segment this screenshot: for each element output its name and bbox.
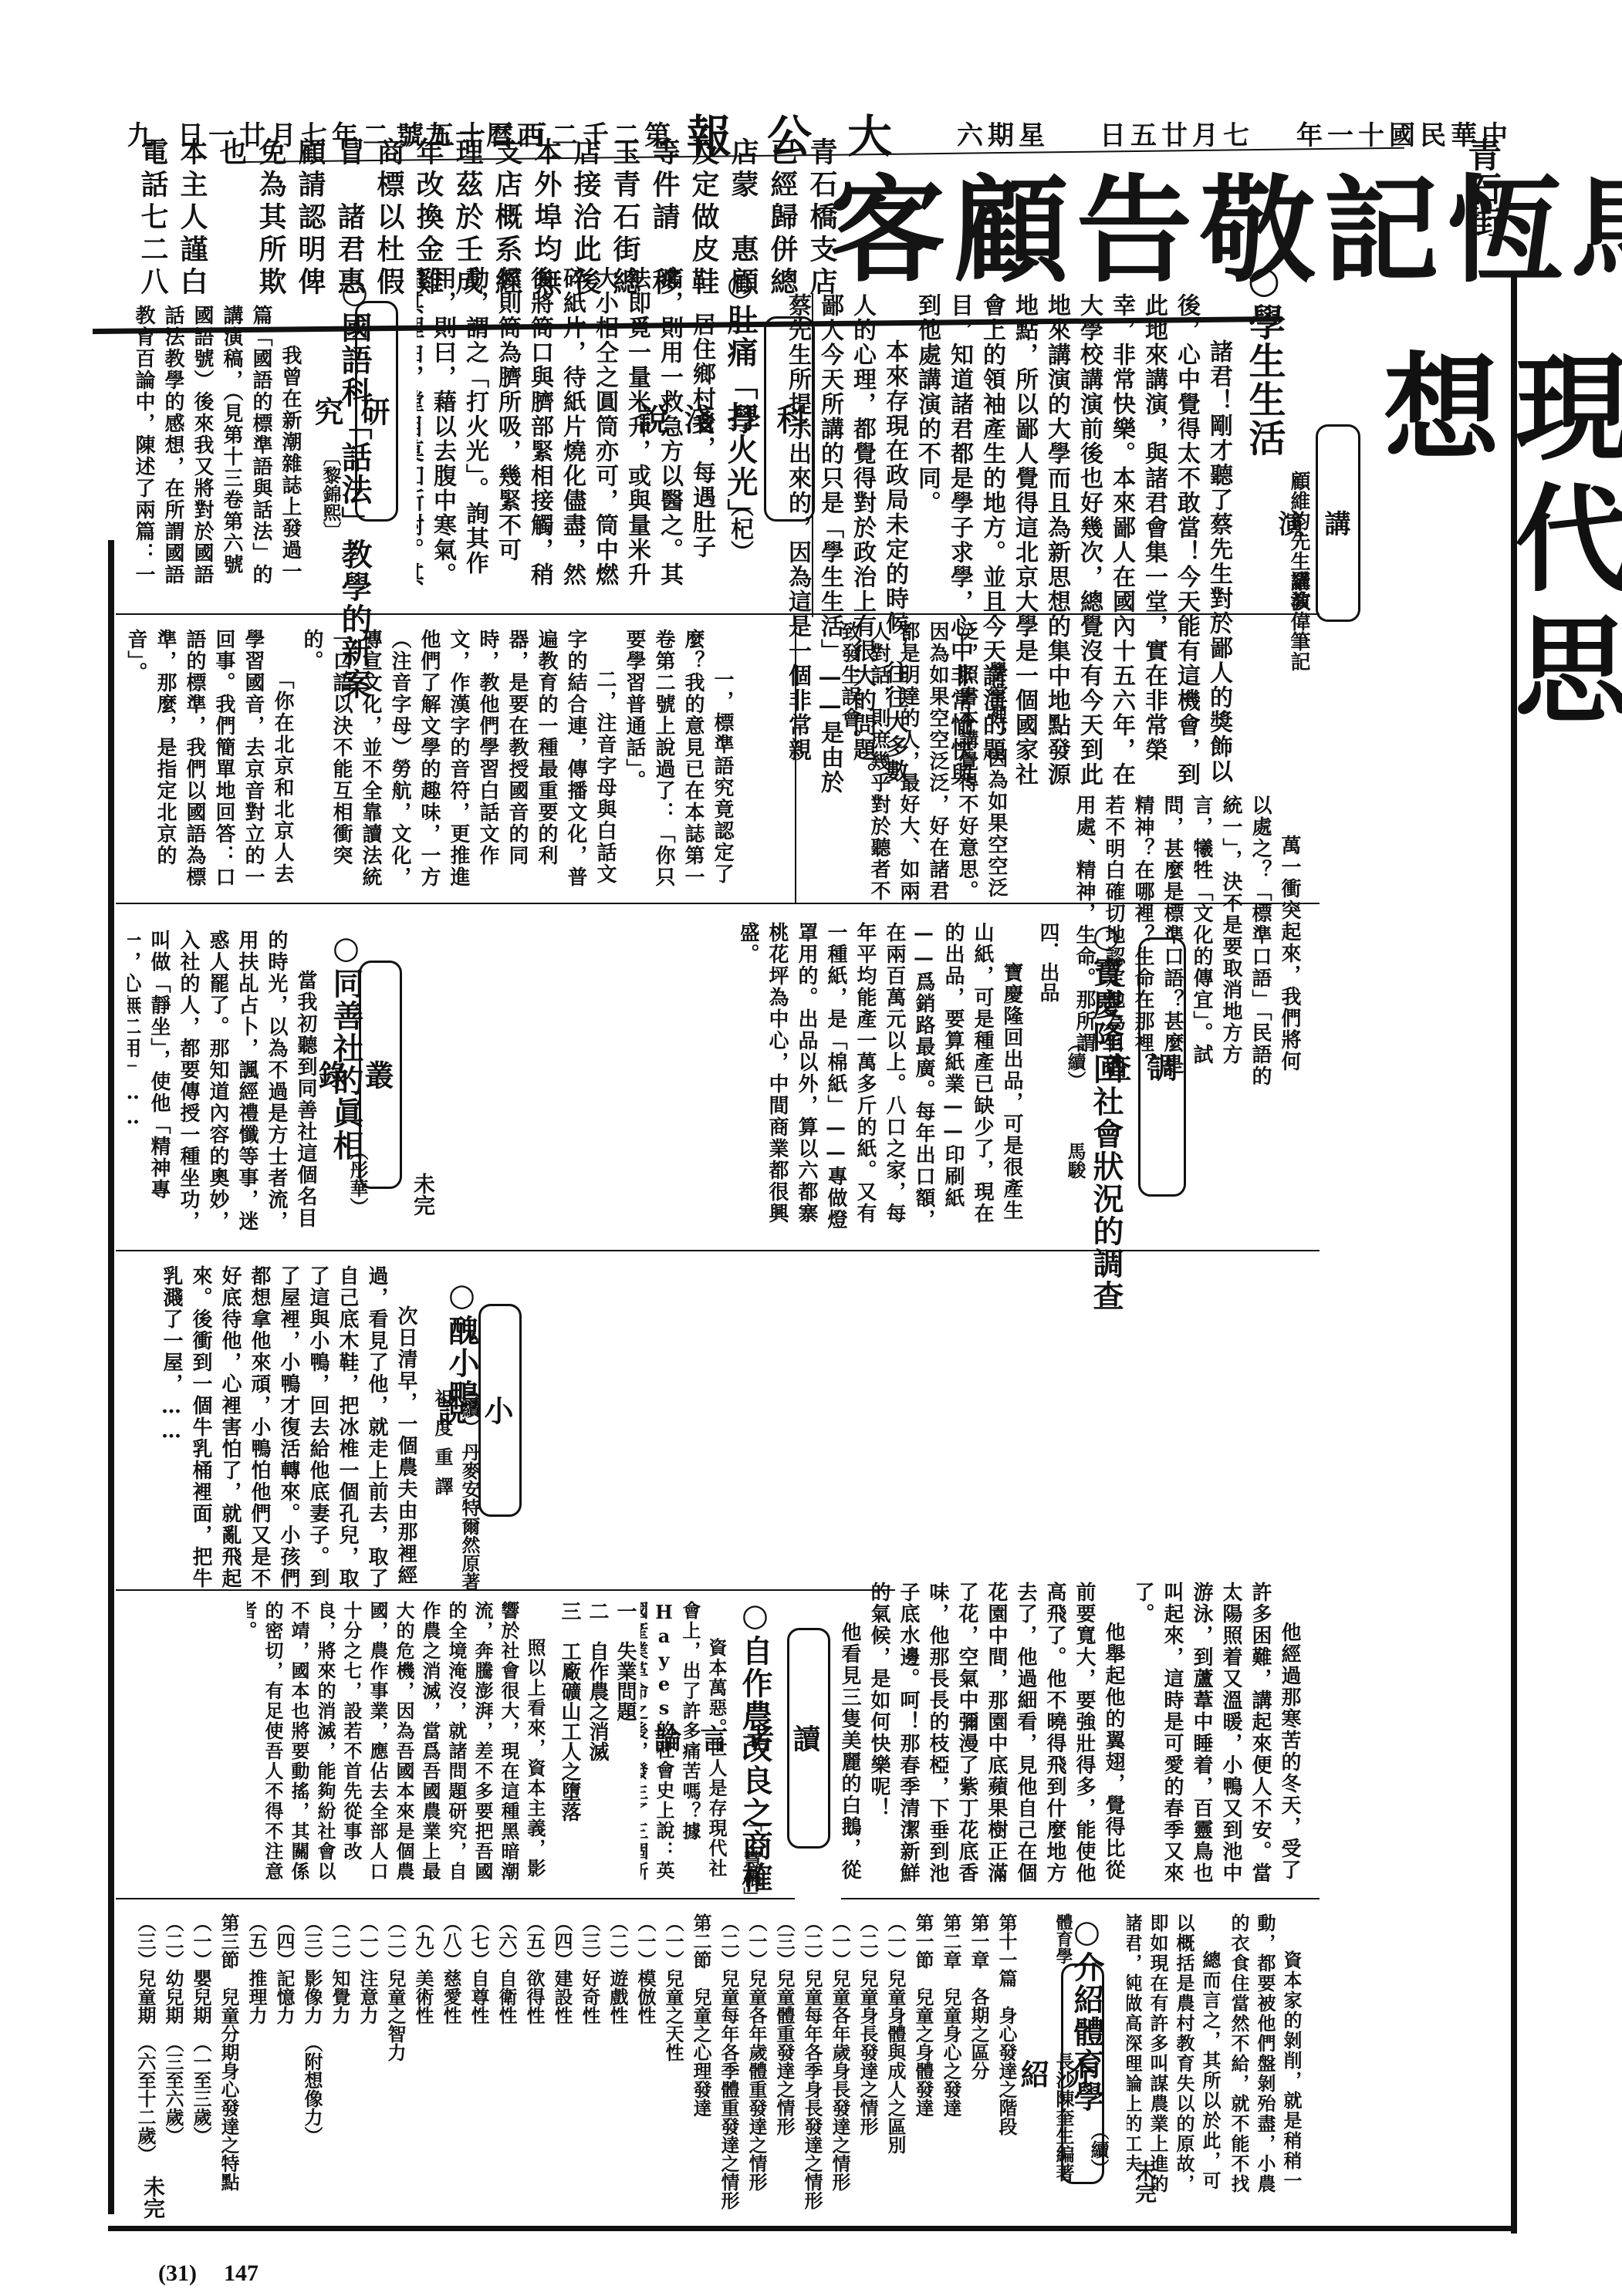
- outline-item: （一）兒童各年歲身長發達之情形: [826, 1913, 853, 2214]
- outline-item: （二）知覺力: [326, 1913, 353, 2214]
- research-continued: 一，標準語究竟認定了麼？我的意見已在本誌第一卷第二號上說過了：「你只要學習普通話…: [127, 629, 737, 891]
- outline-item: （一）兒童各年歲體重發達之情形: [742, 1913, 770, 2214]
- readers-forum-end-mark: 未完: [1130, 2160, 1158, 2203]
- outline-item: （一）嬰兒期 （一至三歲）: [187, 1913, 215, 2214]
- outline-item: （五）推理力: [242, 1913, 270, 2214]
- outline-item: （八）慈愛性: [437, 1913, 465, 2214]
- science-headline: ○肚痛「打火光」: [721, 266, 759, 531]
- miscellany-end-mark: 未完: [409, 1173, 437, 1216]
- survey-box: 調 查: [1138, 937, 1186, 1197]
- outline-item: （一）模倣性: [631, 1913, 659, 2214]
- ad-column: 電話七二八: [137, 137, 168, 322]
- outline-item: 第十一篇 身心發達之階段: [992, 1913, 1020, 2214]
- outline-item: （二）幼兒期 （三至六歲）: [159, 1913, 187, 2214]
- survey-headline: ○寶慶隆回社會狀況的調查: [1088, 918, 1124, 1312]
- ad-column: 本主人謹白: [177, 137, 208, 322]
- outline-item: （六）自衛性: [492, 1913, 520, 2214]
- science-byline: （杞）: [725, 494, 753, 563]
- miscellany-paragraph: 當我初聽到同善社這個名目的時光，以為不過是方士者流，用扶乩占卜，諷經禮懺等事，迷…: [127, 930, 320, 1238]
- ad-column: 商標以杜假: [373, 137, 404, 322]
- survey-body: 寶慶隆回出品，可是很產生山紙，可是種產已缺少了，現在的出品，要算紙業——印刷紙—…: [741, 922, 1026, 1231]
- readers-forum-list-item: 三 工廠礦山工人之墮落: [556, 1601, 583, 1801]
- research-paragraph: 一，標準語究竟認定了麼？我的意見已在本誌第一卷第二號上說過了：「你只要學習普通話…: [620, 629, 737, 891]
- survey-box-label-1: 調: [1137, 1052, 1184, 1082]
- readers-forum-paragraph: 資本家的剝削，就是稍稍一動，都要被他們盤剝殆盡，小農的衣食住當然不給，就不能不找…: [1227, 1913, 1304, 2207]
- lecture-continued: 學堂裡，因為如果空空泛泛，照書本講覺得不好意思。因為如果空空泛泛，好在諸君都是明…: [833, 621, 1011, 907]
- miscellany-body: 當我初聽到同善社這個名目的時光，以為不過是方士者流，用扶乩占卜，諷經禮懺等事，迷…: [127, 930, 320, 1238]
- miscellany-headline: ○同善社的眞相: [328, 930, 363, 1162]
- outline-item: （三）兒童體重發達之情形: [770, 1913, 798, 2214]
- footer-page-number: 147: [224, 2261, 259, 2287]
- introduction-end-mark: 未完: [139, 2176, 167, 2219]
- row-divider-2: [116, 903, 1320, 904]
- outline-item: （四）建設性: [548, 1913, 576, 2214]
- outline-item: 第三節 兒童分期身心發達之特點: [215, 1913, 242, 2214]
- science-body: 居住鄉村者，每遇肚子痛，則用一救急方以醫之。其法即覓一量米升，或與量米升大小相仝…: [417, 266, 718, 606]
- science-box: 科 學 淺 說: [764, 316, 815, 522]
- readers-forum-box-label-1: 讀: [782, 1724, 828, 1752]
- lecture-big-title: 現代思想: [1366, 347, 1622, 826]
- outline-item: （三）好奇性: [576, 1913, 603, 2214]
- readers-forum-byline: 「丁慧儂」: [737, 1813, 765, 1906]
- outline-item: 第一章 各期之區分: [965, 1913, 992, 2214]
- outline-item: （九）美術性: [409, 1913, 437, 2214]
- outline-item: （二）兒童每年各季身長發達之情形: [798, 1913, 826, 2214]
- research-body: 我曾在新潮雜誌上發過一篇「國語的標準語與話法」的講演稿，（見第十三卷第六號國語號…: [127, 305, 305, 590]
- outline-item: 第二節 兒童之心理發達: [687, 1913, 715, 2214]
- lecture-continued-paragraph: 學堂裡，因為如果空空泛泛，照書本講覺得不好意思。因為如果空空泛泛，好在諸君都是明…: [835, 621, 1011, 907]
- introduction-author: 長沙陳奎生編著: [1049, 2052, 1077, 2182]
- outline-item: （三）兒童期 （六至十二歲）: [131, 1913, 159, 2214]
- novel-paragraph: 他經過那寒苦的冬天，受了許多困難，講起來便人不安。當太陽照着又溫暖，小鴨又到池中…: [1128, 1582, 1304, 1890]
- row-divider-1: [116, 613, 1320, 615]
- outline-item: （二）兒童身長發達之情形: [853, 1913, 881, 2214]
- row-divider-6: [116, 1898, 795, 1899]
- lecture-headline: ○學生生活: [1242, 258, 1286, 458]
- science-box-label-1: 科: [766, 403, 813, 434]
- row-divider-3: [116, 1250, 1320, 1251]
- outline-item: （四）記憶力: [270, 1913, 298, 2214]
- introduction-byline: （續）: [1084, 2122, 1112, 2177]
- outline-item: （一）兒童之天性: [659, 1913, 687, 2214]
- lecture-box-label-1: 講: [1312, 510, 1358, 536]
- ad-headline: 馬恆記敬告顧客: [830, 137, 1622, 304]
- outline-item: （二）兒童之智力: [381, 1913, 409, 2214]
- novel-paragraph: 他舉起他的翼翅，覺得比從前要寬大，要強壯得多，能使他高飛了。他不曉得飛到什麼地方…: [864, 1582, 1128, 1890]
- outline-item: （一）注意力: [353, 1913, 381, 2214]
- survey-lead: 四．出品: [1034, 922, 1062, 1002]
- column-divider: [795, 617, 796, 903]
- outline-item: （五）欲得性: [520, 1913, 548, 2214]
- novel-continued: 他經過那寒苦的冬天，受了許多困難，講起來便人不安。當太陽照着又溫暖，小鴨又到池中…: [833, 1582, 1304, 1890]
- outline-item: 第二章 兒童身心之發達: [937, 1913, 965, 2214]
- readers-forum-body: 照以上看來，資本主義，影響於社會很大，現在這種黑暗潮流，奔騰澎湃，差不多要把吾國…: [247, 1601, 548, 1894]
- science-paragraph: 居住鄉村者，每遇肚子痛，則用一救急方以醫之。其法即覓一量米升，或與量米升大小相仝…: [417, 266, 718, 606]
- page-left-border: [108, 540, 114, 2214]
- research-paragraph: 「你在北京和北京人去學習國音，去京音對立的一回事。我們簡單地回答：口語的標準，我…: [127, 629, 297, 891]
- row-divider-5: [841, 1898, 1320, 1899]
- survey-paragraph: 寶慶隆回出品，可是很產生山紙，可是種產已缺少了，現在的出品，要算紙業——印刷紙—…: [741, 922, 1026, 1231]
- footer-volume-page: (31): [158, 2261, 197, 2287]
- survey-byline: （續）: [1061, 1034, 1089, 1089]
- readers-forum-box: 讀 者 言 論: [787, 1628, 830, 1849]
- novel-byline: （續）: [455, 1381, 483, 1437]
- outline-item: 第一節 兒童之身體發達: [909, 1913, 937, 2214]
- novel-original-author: 丹麥安特爾然原著: [455, 1443, 483, 1591]
- readers-forum-list-item: 二 自作農之消滅: [583, 1601, 611, 1801]
- novel-translator: 祖度重譯: [428, 1389, 456, 1506]
- readers-forum-capital: 資本家的剝削，就是稍稍一動，都要被他們盤剝殆盡，小農的衣食住當然不給，就不能不找…: [1227, 1913, 1304, 2207]
- research-paragraph: 我曾在新潮雜誌上發過一篇「國語的標準語與話法」的講演稿，（見第十三卷第六號國語號…: [127, 305, 305, 590]
- readers-forum-list: 一 失業問題 二 自作農之消滅 三 工廠礦山工人之墮落: [556, 1601, 639, 1801]
- ad-column: 顧請認明俾: [295, 137, 326, 322]
- novel-paragraph: 他看見三隻美麗的白鵝，從林子裡面出來，對着他前面走來，羽翼沙沙地作響，入池中浮水…: [833, 1582, 864, 1890]
- readers-forum-paragraph: 照以上看來，資本主義，影響於社會很大，現在這種黑暗潮流，奔騰澎湃，差不多要把吾國…: [247, 1601, 548, 1894]
- row-divider-4: [116, 1589, 895, 1591]
- research-paragraph: 二，注音字母與白話文字的結合連，傳播文化，普遍教育的一種最重要的利器，是要在教授…: [297, 629, 620, 891]
- ad-column: 免為其所欺: [255, 137, 286, 322]
- page-bottom-rule: [108, 2226, 1516, 2231]
- survey-author: 馬駿: [1061, 1142, 1089, 1179]
- novel-body: 次日清早，一個農夫由那裡經過，看見了他，就走上前去，取了自己底木鞋，把冰椎一個孔…: [127, 1265, 421, 1589]
- miscellany-byline: （彤華）: [343, 1142, 371, 1216]
- outline-item: （三）影像力 （附想像力）: [298, 1913, 326, 2214]
- outline-item: （七）自尊性: [465, 1913, 492, 2214]
- readers-forum-intro: 資本萬惡。世人是存現代社會上，出了許多痛苦嗎？據Hayes的社會史上說：英國產業…: [640, 1601, 729, 1894]
- ad-column: 也: [216, 137, 247, 322]
- introduction-outline: 第十一篇 身心發達之階段第一章 各期之區分第二章 兒童身心之發達第一節 兒童之身…: [131, 1913, 1020, 2214]
- novel-box: 小 說: [478, 1304, 522, 1517]
- lecture-box: 講 演: [1316, 424, 1360, 622]
- novel-paragraph: 次日清早，一個農夫由那裡經過，看見了他，就走上前去，取了自己底木鞋，把冰椎一個孔…: [157, 1265, 421, 1589]
- outline-item: （一）兒童身體與成人之區別: [881, 1913, 909, 2214]
- research-byline: 〔黎錦熙〕: [316, 447, 344, 540]
- outline-item: （二）兒童每年各季體重發達之情形: [715, 1913, 742, 2214]
- introduction-subtitle: 體育學: [1049, 1913, 1077, 1964]
- lecture-recorder: 羅教偉筆記: [1285, 571, 1313, 725]
- readers-forum-list-item: 一 失業問題: [611, 1601, 639, 1801]
- readers-forum-intro-text: 資本萬惡。世人是存現代社會上，出了許多痛苦嗎？據Hayes的社會史上說：英國產業…: [640, 1601, 729, 1894]
- outline-item: （二）遊戲性: [603, 1913, 631, 2214]
